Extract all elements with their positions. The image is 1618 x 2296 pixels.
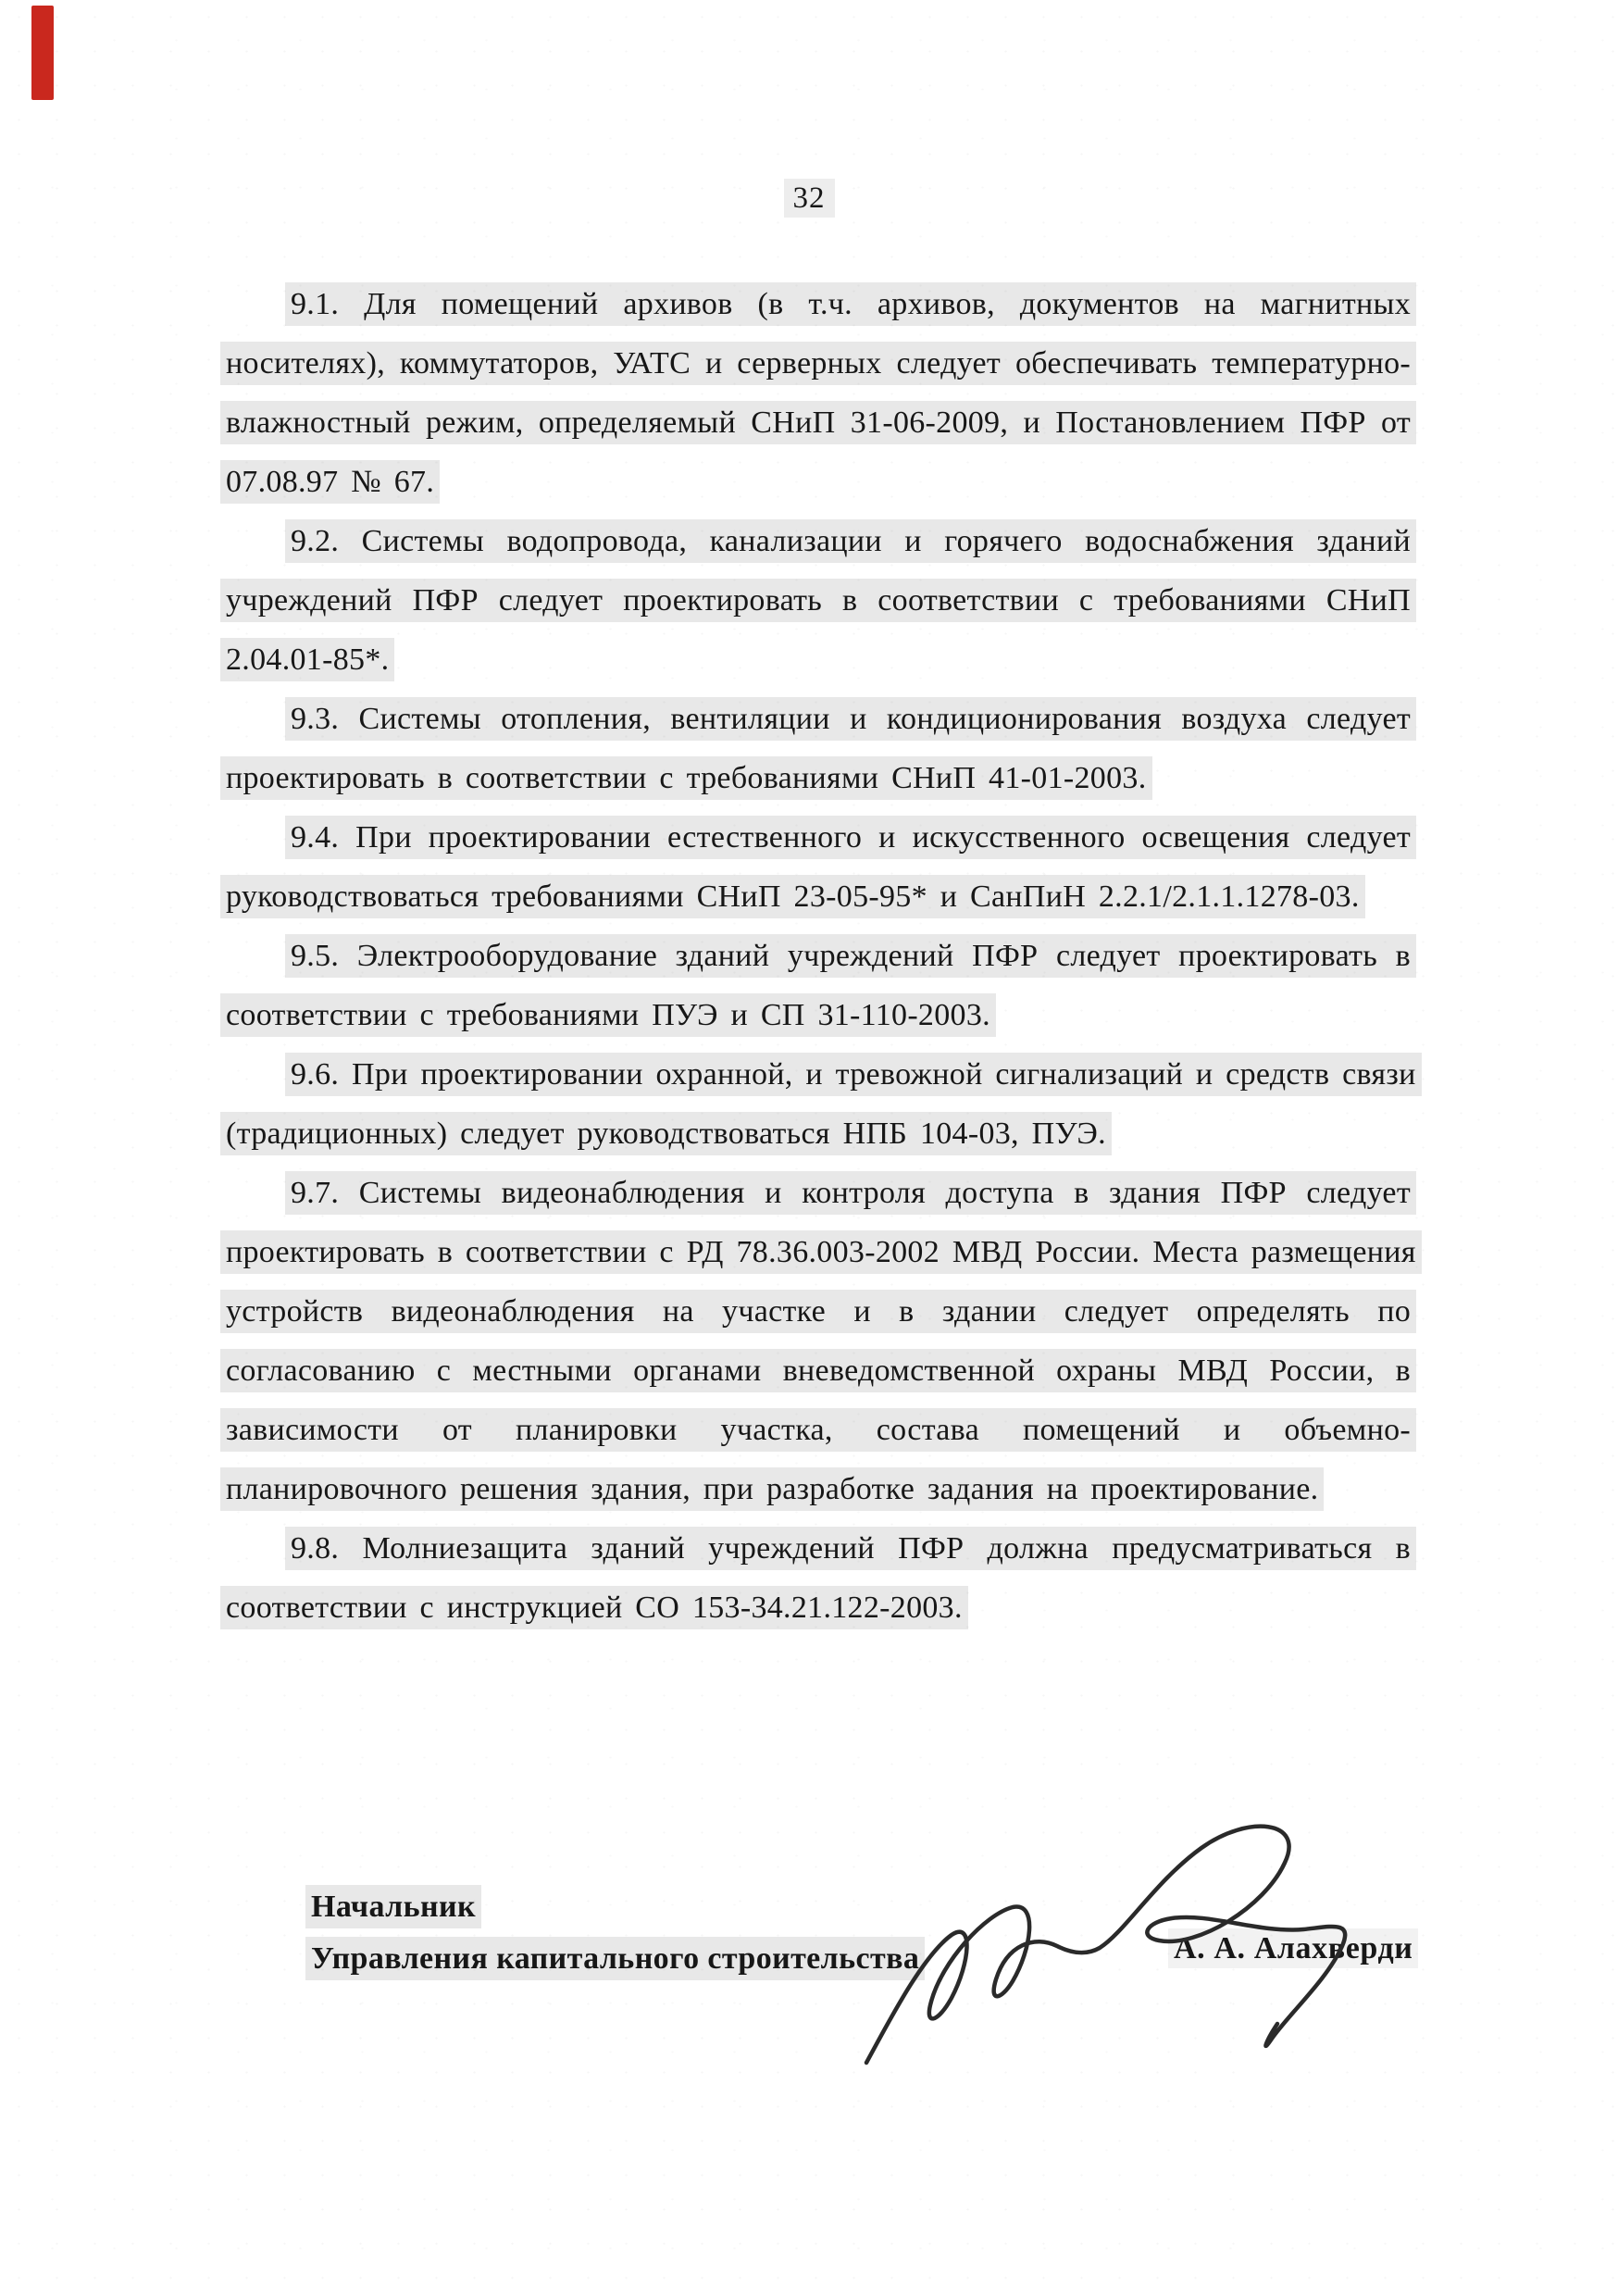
paragraph-9-4-text: 9.4. При проектировании естественного и … [220,816,1416,918]
handwritten-signature-icon [850,1803,1387,2109]
document-body: 9.1. Для помещений архивов (в т.ч. архив… [220,275,1416,1638]
paragraph-9-5: 9.5. Электрооборудование зданий учрежден… [220,927,1416,1045]
paragraph-9-7: 9.7. Системы видеонаблюдения и контроля … [220,1164,1416,1519]
page-number-value: 32 [784,179,835,218]
signatory-position-line1-text: Начальник [305,1885,481,1928]
signatory-position-line2-text: Управления капитального строительства [305,1937,925,1980]
paragraph-9-2-text: 9.2. Системы водопровода, канализации и … [220,519,1416,681]
paragraph-9-2: 9.2. Системы водопровода, канализации и … [220,512,1416,690]
paragraph-9-7-text: 9.7. Системы видеонаблюдения и контроля … [220,1171,1422,1511]
paragraph-9-1-text: 9.1. Для помещений архивов (в т.ч. архив… [220,282,1416,504]
scan-artifact-red-mark [31,6,54,100]
paragraph-9-3-text: 9.3. Системы отопления, вентиляции и кон… [220,697,1416,800]
paragraph-9-3: 9.3. Системы отопления, вентиляции и кон… [220,690,1416,808]
paragraph-9-8: 9.8. Молниезащита зданий учреждений ПФР … [220,1519,1416,1638]
document-page: 32 9.1. Для помещений архивов (в т.ч. ар… [0,0,1618,2296]
paragraph-9-1: 9.1. Для помещений архивов (в т.ч. архив… [220,275,1416,512]
paragraph-9-6: 9.6. При проектировании охранной, и трев… [220,1045,1416,1164]
page-number: 32 [0,181,1618,216]
paragraph-9-8-text: 9.8. Молниезащита зданий учреждений ПФР … [220,1527,1416,1629]
paragraph-9-6-text: 9.6. При проектировании охранной, и трев… [220,1053,1422,1155]
paragraph-9-5-text: 9.5. Электрооборудование зданий учрежден… [220,934,1416,1037]
paragraph-9-4: 9.4. При проектировании естественного и … [220,808,1416,927]
